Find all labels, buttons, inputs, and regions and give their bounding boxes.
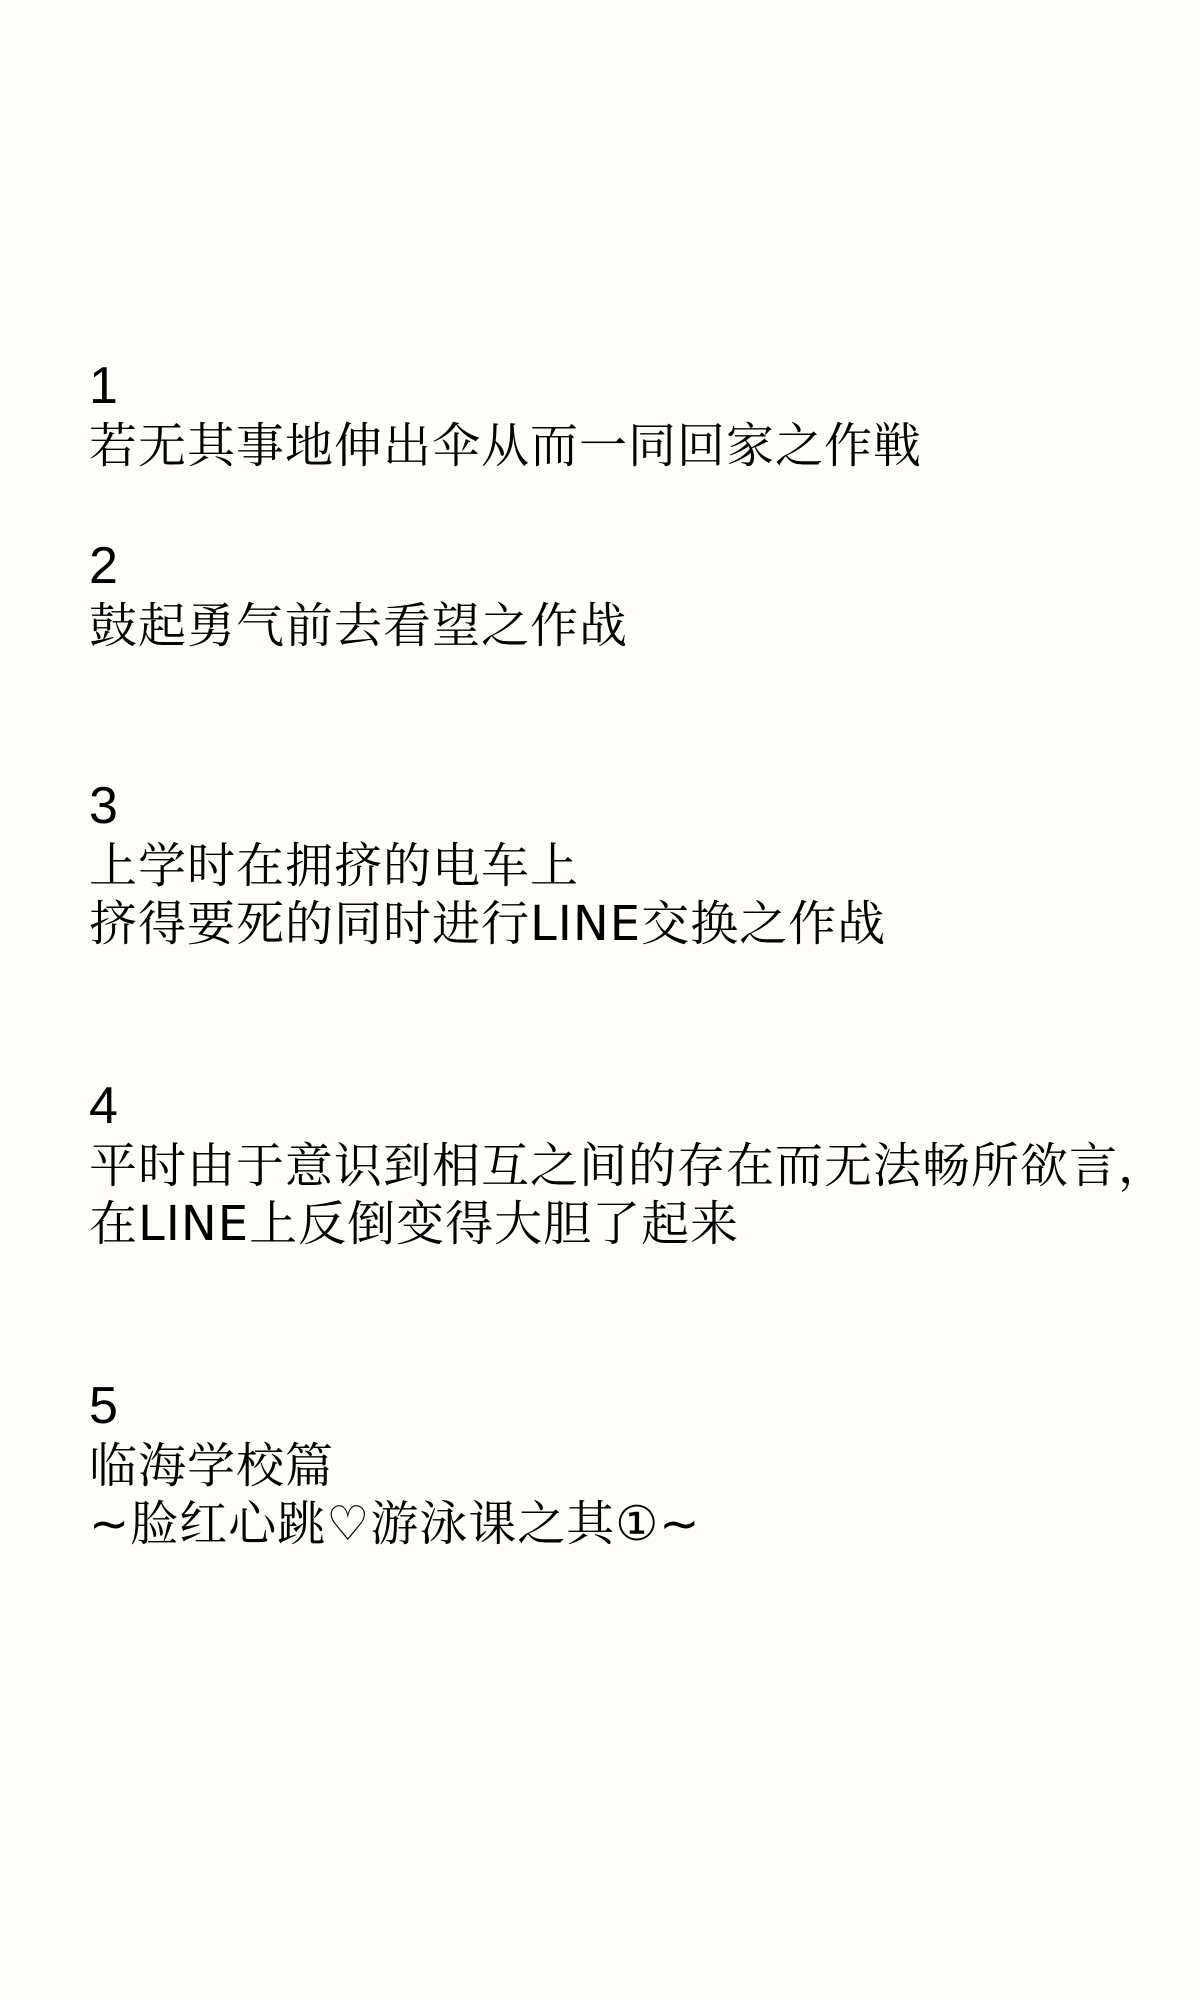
chapter-title-line: 平时由于意识到相互之间的存在而无法畅所欲言， <box>89 1137 1200 1195</box>
chapter-title-line: ~脸红心跳♡游泳课之其①~ <box>89 1495 1200 1553</box>
chapter-item-3: 3 上学时在拥挤的电车上 挤得要死的同时进行LINE交换之作战 <box>89 775 1200 953</box>
chapter-item-1: 1 若无其事地伸出伞从而一同回家之作戦 <box>89 355 1200 475</box>
chapter-number: 4 <box>89 1075 1200 1137</box>
chapter-item-5: 5 临海学校篇 ~脸红心跳♡游泳课之其①~ <box>89 1375 1200 1553</box>
chapter-list-page: 1 若无其事地伸出伞从而一同回家之作戦 2 鼓起勇气前去看望之作战 3 上学时在… <box>0 0 1200 2000</box>
chapter-item-4: 4 平时由于意识到相互之间的存在而无法畅所欲言， 在LINE上反倒变得大胆了起来 <box>89 1075 1200 1253</box>
chapter-title-line: 临海学校篇 <box>89 1437 1200 1495</box>
chapter-item-2: 2 鼓起勇气前去看望之作战 <box>89 535 1200 655</box>
chapter-number: 2 <box>89 535 1200 597</box>
chapter-title-line: 上学时在拥挤的电车上 <box>89 837 1200 895</box>
chapter-number: 5 <box>89 1375 1200 1437</box>
chapter-number: 1 <box>89 355 1200 417</box>
chapter-title-line: 挤得要死的同时进行LINE交换之作战 <box>89 895 1200 953</box>
chapter-title-line: 在LINE上反倒变得大胆了起来 <box>89 1195 1200 1253</box>
chapter-title-line: 鼓起勇气前去看望之作战 <box>89 597 1200 655</box>
chapter-number: 3 <box>89 775 1200 837</box>
chapter-title-line: 若无其事地伸出伞从而一同回家之作戦 <box>89 417 1200 475</box>
